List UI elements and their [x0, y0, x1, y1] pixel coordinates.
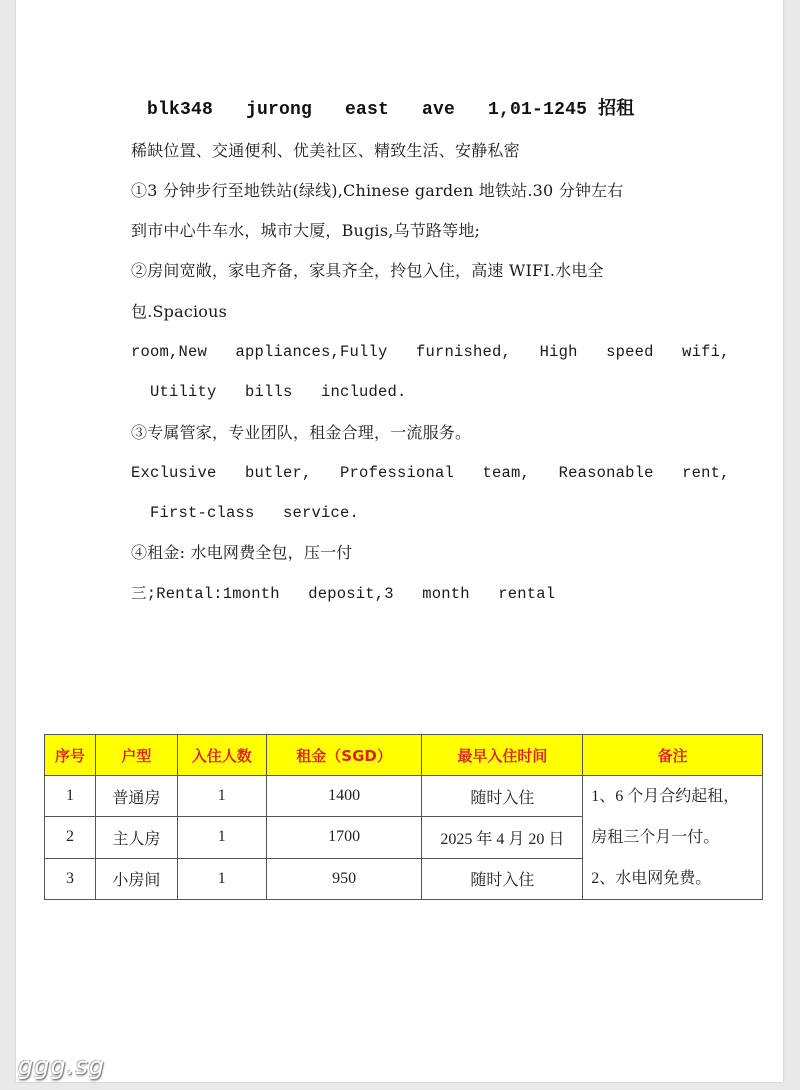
header-occupants: 入住人数 — [177, 735, 266, 776]
cell-move-in: 随时入住 — [422, 858, 583, 899]
cell-occupants: 1 — [177, 858, 266, 899]
listing-title-address: blk348 jurong east ave 1,01-1245 — [147, 100, 587, 120]
cell-number: 1 — [45, 776, 96, 817]
cell-occupants: 1 — [177, 776, 266, 817]
cell-number: 3 — [45, 858, 96, 899]
feature-line-4: 包.Spacious — [131, 302, 227, 322]
header-room-type: 户型 — [95, 735, 177, 776]
cell-move-in: 2025 年 4 月 20 日 — [422, 817, 583, 858]
listing-title-label: 招租 — [598, 98, 634, 119]
feature-line-3: ②房间宽敞，家电齐备，家具齐全，拎包入住，高速 WIFI.水电全 — [131, 261, 604, 281]
document-page: blk348 jurong east ave 1,01-1245 招租 — [16, 0, 783, 1082]
cell-rent: 950 — [266, 858, 422, 899]
cell-rent: 1400 — [266, 776, 422, 817]
note-line-2: 房租三个月一付。 — [591, 817, 762, 858]
cell-room-type: 小房间 — [95, 858, 177, 899]
feature-line-5: room,New appliances,Fully furnished, Hig… — [131, 342, 730, 362]
feature-line-10: ④租金: 水电网费全包，压一付 — [131, 543, 352, 563]
listing-title: blk348 jurong east ave 1,01-1245 招租 — [147, 99, 635, 120]
note-line-3: 2、水电网免费。 — [591, 858, 762, 899]
cell-notes: 1、6 个月合约起租， 房租三个月一付。 2、水电网免费。 — [583, 776, 763, 900]
cell-occupants: 1 — [177, 817, 266, 858]
header-move-in: 最早入住时间 — [422, 735, 583, 776]
header-notes: 备注 — [583, 735, 763, 776]
tagline: 稀缺位置、交通便利、优美社区、精致生活、安静私密 — [131, 141, 520, 161]
note-line-1: 1、6 个月合约起租， — [591, 776, 762, 817]
table-header-row: 序号 户型 入住人数 租金（SGD） 最早入住时间 备注 — [45, 735, 763, 776]
cell-room-type: 普通房 — [95, 776, 177, 817]
feature-line-1: ①3 分钟步行至地铁站(绿线),Chinese garden 地铁站.30 分钟… — [131, 181, 624, 201]
table-row: 1 普通房 1 1400 随时入住 1、6 个月合约起租， 房租三个月一付。 2… — [45, 776, 763, 817]
cell-room-type: 主人房 — [95, 817, 177, 858]
rental-table: 序号 户型 入住人数 租金（SGD） 最早入住时间 备注 1 普通房 1 140… — [44, 734, 763, 900]
feature-line-7: ③专属管家，专业团队，租金合理，一流服务。 — [131, 423, 471, 443]
cell-move-in: 随时入住 — [422, 776, 583, 817]
feature-line-6: Utility bills included. — [131, 382, 407, 402]
header-rent: 租金（SGD） — [266, 735, 422, 776]
feature-line-11: 三;Rental:1month deposit,3 month rental — [131, 584, 555, 604]
cell-rent: 1700 — [266, 817, 422, 858]
feature-line-8: Exclusive butler, Professional team, Rea… — [131, 463, 730, 483]
feature-line-2: 到市中心牛车水，城市大厦，Bugis,乌节路等地; — [131, 221, 480, 241]
header-number: 序号 — [45, 735, 96, 776]
cell-number: 2 — [45, 817, 96, 858]
feature-line-9: First-class service. — [131, 503, 359, 523]
watermark-logo: ggg.sg — [18, 1052, 105, 1080]
